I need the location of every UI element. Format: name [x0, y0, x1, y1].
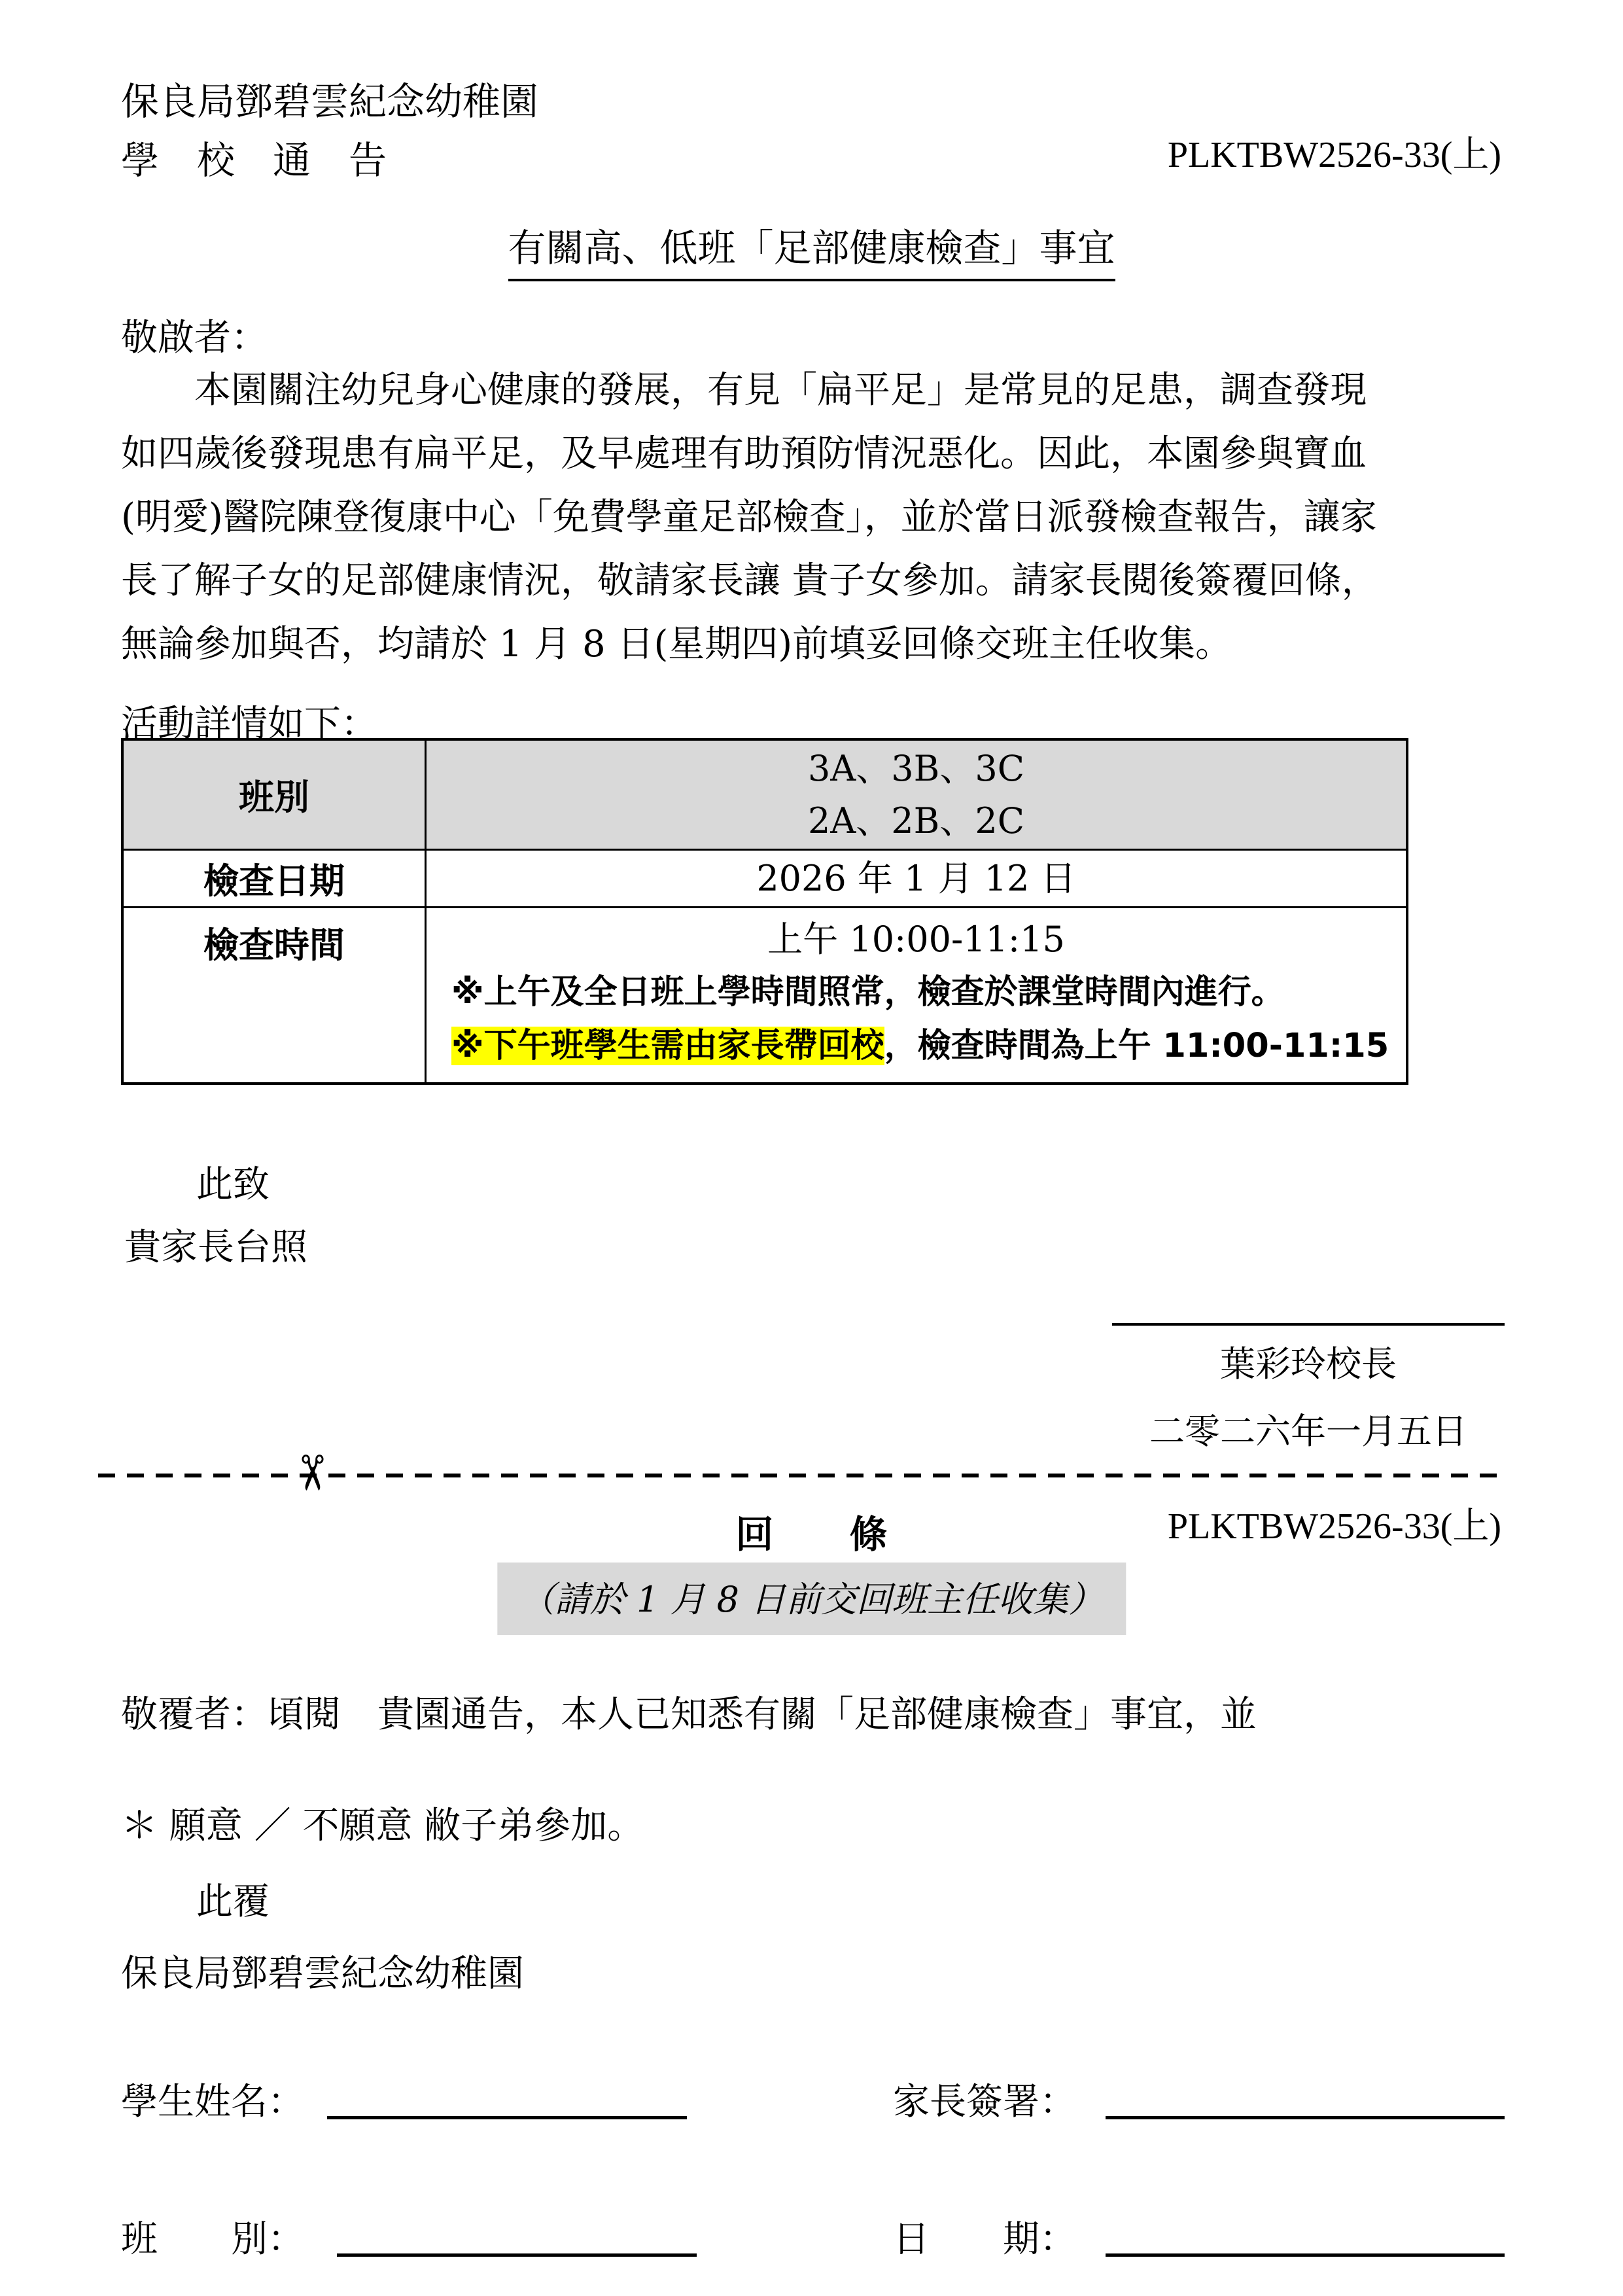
- table-row-class-label: 班別: [124, 741, 427, 851]
- student-name-label: 學生姓名：: [121, 2073, 304, 2125]
- time-note-afternoon: ※下午班學生需由家長帶回校，檢查時間為上午 11:00-11:15: [427, 1019, 1406, 1073]
- table-row-time-value: 上午 10:00-11:15 ※上午及全日班上學時間照常，檢查於課堂時間內進行。…: [427, 908, 1406, 1082]
- document-title: 有關高、低班「足部健康檢查」事宜: [508, 217, 1115, 281]
- body-paragraph: 本園關注幼兒身心健康的發展，有見「扁平足」是常見的足患，調查發現 如四歲後發現患…: [121, 359, 1378, 676]
- body-line: 如四歲後發現患有扁平足，及早處理有助預防情況惡化。因此，本園參與寶血: [121, 422, 1378, 486]
- parent-signature-blank: [1106, 2073, 1505, 2119]
- check-time: 上午 10:00-11:15: [427, 913, 1406, 966]
- body-line: 無論參加與否，均請於 1 月 8 日(星期四)前填妥回條交班主任收集。: [121, 612, 1378, 676]
- reply-school-name: 保良局鄧碧雲紀念幼稚園: [121, 1942, 524, 2005]
- scissors-icon: ✂: [287, 1453, 336, 1493]
- body-line: (明愛)醫院陳登復康中心「免費學童足部檢查」，並於當日派發檢查報告，讓家: [121, 486, 1378, 549]
- table-row-date-value: 2026 年 1 月 12 日: [427, 851, 1406, 908]
- date-field-blank: [1106, 2210, 1505, 2257]
- check-date: 2026 年 1 月 12 日: [427, 853, 1406, 905]
- reply-body-line1: 敬覆者：頃閱 貴園通告，本人已知悉有關「足部健康檢查」事宜，並: [121, 1683, 1257, 1746]
- closing-cizhi: 此致: [196, 1153, 270, 1216]
- parent-signature-label: 家長簽署：: [893, 2073, 1076, 2125]
- body-line: 本園關注幼兒身心健康的發展，有見「扁平足」是常見的足患，調查發現: [121, 359, 1378, 422]
- highlighted-note-text: ※下午班學生需由家長帶回校: [451, 1027, 884, 1065]
- reference-code-reply: PLKTBW2526-33(上): [1168, 1497, 1501, 1549]
- student-name-blank: [327, 2073, 687, 2119]
- class-list-line: 3A、3B、3C: [427, 743, 1406, 795]
- form-row-class-date: 班 別： 日 期：: [121, 2210, 1505, 2269]
- cut-line: ✂: [98, 1474, 1499, 1477]
- time-note-morning: ※上午及全日班上學時間照常，檢查於課堂時間內進行。: [427, 966, 1406, 1019]
- reply-body-line2: ＊ 願意 ／ 不願意 敝子弟參加。: [121, 1794, 644, 1858]
- class-list-line: 2A、2B、2C: [427, 795, 1406, 847]
- school-notice-page: 保良局鄧碧雲紀念幼稚園 學 校 通 告 PLKTBW2526-33(上) 有關高…: [0, 0, 1623, 2296]
- issue-date: 二零二六年一月五日: [1112, 1404, 1505, 1454]
- class-field-blank: [337, 2210, 697, 2257]
- school-name-header: 保良局鄧碧雲紀念幼稚園: [121, 71, 538, 126]
- table-row-time-label: 檢查時間: [124, 908, 427, 1082]
- reply-cifu: 此覆: [196, 1870, 270, 1934]
- closing-recipient: 貴家長台照: [124, 1216, 307, 1279]
- activity-details-table: 班別 3A、3B、3C 2A、2B、2C 檢查日期 2026 年 1 月 12 …: [121, 738, 1408, 1085]
- reply-deadline-note: （請於 1 月 8 日前交回班主任收集）: [497, 1563, 1126, 1635]
- signature-block: 葉彩玲校長 二零二六年一月五日: [1112, 1323, 1505, 1454]
- date-field-label: 日 期：: [893, 2210, 1076, 2263]
- signature-line: [1112, 1323, 1505, 1326]
- table-row-class-value: 3A、3B、3C 2A、2B、2C: [427, 741, 1406, 851]
- class-field-label: 班 別：: [121, 2210, 304, 2263]
- reply-slip-title: 回 條: [735, 1504, 887, 1566]
- form-row-name-signature: 學生姓名： 家長簽署：: [121, 2073, 1505, 2132]
- table-row-date-label: 檢查日期: [124, 851, 427, 908]
- notice-type-label: 學 校 通 告: [121, 130, 387, 185]
- principal-name: 葉彩玲校長: [1112, 1336, 1505, 1386]
- reference-code-top: PLKTBW2526-33(上): [1168, 126, 1501, 178]
- note-rest-text: ，檢查時間為上午 11:00-11:15: [884, 1027, 1389, 1065]
- body-line: 長了解子女的足部健康情況，敬請家長讓 貴子女參加。請家長閱後簽覆回條，: [121, 549, 1378, 612]
